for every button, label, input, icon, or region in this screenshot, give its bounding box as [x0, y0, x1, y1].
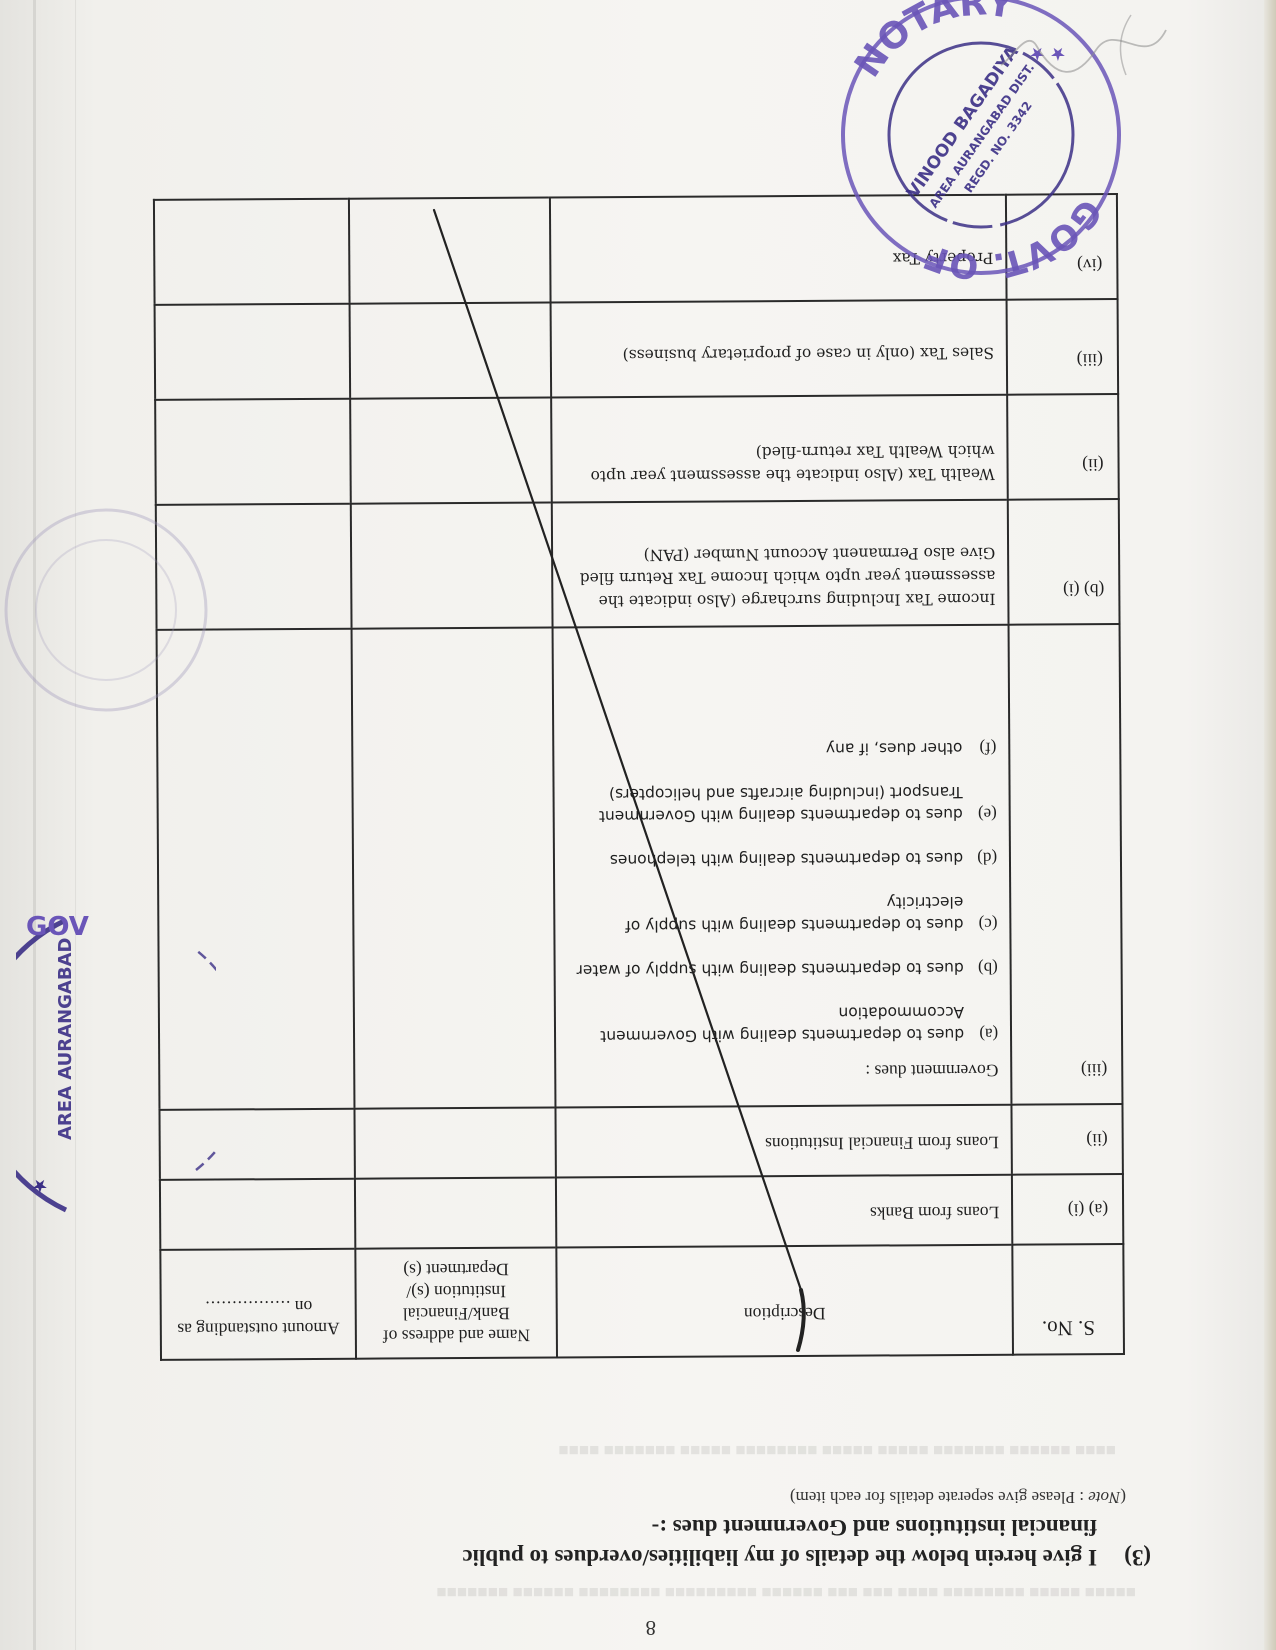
row-sno: (ii): [1009, 445, 1118, 499]
name-address-cell[interactable]: [355, 1107, 556, 1178]
liabilities-table: S. No. Description Name and address of B…: [153, 193, 1125, 1361]
table-row: (ii) Wealth Tax (Also indicate the asses…: [155, 394, 1119, 505]
row-description: Government dues :: [568, 1059, 998, 1085]
table-row: (a) (i) Loans from Banks: [160, 1174, 1123, 1250]
page-edge: [1264, 0, 1276, 1650]
note: (Note : Please give seperate details for…: [790, 1487, 1126, 1507]
svg-text:★ ★: ★ ★: [1029, 44, 1066, 64]
amount-cell[interactable]: [155, 399, 351, 505]
row-description: Loans from Banks: [557, 1193, 1012, 1247]
scanned-page: ■■■■■ ■■■■■ ■■■■■■■■ ■■■■ ■■■ ■■■ ■■■■■■…: [0, 0, 1276, 1650]
header-amount: Amount outstanding as on ...............…: [160, 1249, 356, 1360]
row-sno: (iii): [1008, 340, 1117, 394]
svg-text:VINOOD BAGADIYA: VINOOD BAGADIYA: [903, 42, 1023, 202]
list-item: (e)dues to departments dealing with Gove…: [566, 781, 997, 828]
note-text: : Please give seperate details for each …: [790, 1488, 1084, 1507]
amount-date-blank[interactable]: ................: [204, 1297, 290, 1318]
table-row: (b) (i) Income Tax Including surcharge (…: [156, 499, 1120, 630]
row-sno: (b) (i): [1009, 570, 1118, 624]
amount-cell[interactable]: [157, 629, 355, 1110]
row-sno: (a) (i): [1013, 1190, 1122, 1244]
fold-line: [33, 0, 36, 1650]
svg-text:AREA AURANGABAD: AREA AURANGABAD: [55, 938, 76, 1140]
header-sno: S. No.: [1012, 1244, 1124, 1355]
table-row: (iii) Sales Tax (only in case of proprie…: [155, 299, 1119, 400]
svg-text:REGD. NO. 3342: REGD. NO. 3342: [961, 99, 1034, 196]
list-item: (c)dues to departments dealing with supp…: [567, 891, 998, 938]
row-description: Loans from Financial Institutions: [556, 1123, 1011, 1177]
list-item: (b)dues to departments dealing with supp…: [567, 957, 997, 982]
section-number: (3): [1097, 1542, 1151, 1572]
row-description: Income Tax Including surcharge (Also ind…: [553, 533, 1008, 627]
row-description: Wealth Tax (Also indicate the assessment…: [552, 431, 1007, 502]
row-description: Property Tax: [551, 238, 1006, 302]
svg-text:AREA AURANGABAD DIST.: AREA AURANGABAD DIST.: [926, 61, 1037, 211]
name-address-cell[interactable]: [352, 627, 555, 1108]
amount-cell[interactable]: [156, 504, 352, 630]
table-row: (iii) Government dues : (a)dues to depar…: [157, 624, 1123, 1110]
header-name-address: Name and address of Bank/Financial Insti…: [356, 1247, 557, 1358]
name-address-cell[interactable]: [351, 502, 552, 628]
list-item: (a)dues to departments dealing with Gove…: [568, 1001, 999, 1048]
bleed-through-text: ■■■■ ■■■■■■ ■■■■■■■ ■■■■■ ■■■■■ ■■■■■■■■…: [558, 1440, 1116, 1460]
section-heading: (3)I give herein below the details of my…: [121, 1512, 1151, 1572]
name-address-cell[interactable]: [350, 397, 551, 503]
note-paren: (: [1120, 1488, 1126, 1507]
name-address-cell[interactable]: [355, 1177, 556, 1248]
government-dues-list: (a)dues to departments dealing with Gove…: [566, 737, 998, 1048]
note-label: Note: [1088, 1488, 1120, 1507]
table-row: (iv) Property Tax: [154, 194, 1118, 305]
table-header-row: S. No. Description Name and address of B…: [160, 1244, 1124, 1360]
row-sno: (ii): [1013, 1120, 1122, 1174]
bleed-through-text: ■■■■■ ■■■■■ ■■■■■■■■ ■■■■ ■■■ ■■■ ■■■■■■…: [436, 1582, 1136, 1602]
list-item: (d)dues to departments dealing with tele…: [567, 847, 997, 872]
row-description: Sales Tax (only in case of proprietary b…: [552, 333, 1007, 397]
page-number: 8: [646, 1615, 657, 1640]
svg-text:NOTARY: NOTARY: [844, 0, 1025, 120]
fold-line-inner: [75, 0, 76, 1650]
section-title-line1: I give herein below the details of my li…: [462, 1545, 1097, 1570]
amount-cell[interactable]: [159, 1109, 355, 1180]
amount-cell[interactable]: [160, 1179, 356, 1250]
table-row: (ii) Loans from Financial Institutions: [159, 1104, 1122, 1180]
amount-cell[interactable]: [155, 304, 351, 400]
section-title-line2: financial institutions and Government du…: [121, 1512, 1151, 1542]
row-sno: (iii): [1012, 1050, 1121, 1104]
row-sno: (iv): [1007, 245, 1116, 299]
header-description: Description: [556, 1245, 1013, 1358]
name-address-cell[interactable]: [350, 302, 551, 398]
list-item: (f)other dues, if any: [566, 737, 996, 762]
amount-cell[interactable]: [154, 199, 350, 305]
name-address-cell[interactable]: [349, 197, 550, 303]
signature: [986, 10, 1186, 90]
